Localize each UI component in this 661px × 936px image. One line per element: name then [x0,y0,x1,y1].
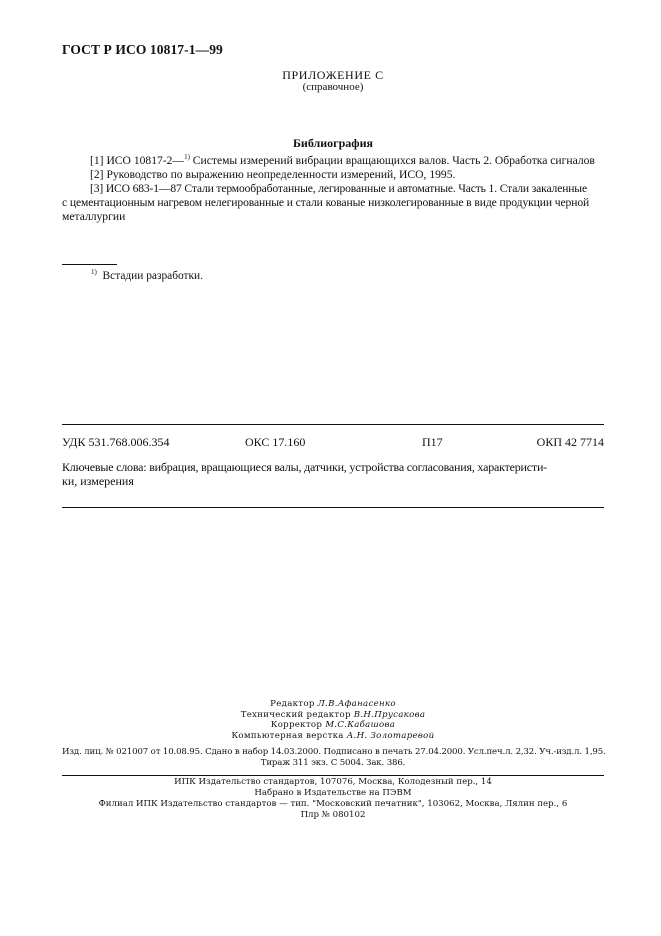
bibliography-item: [1] ИСО 10817-2—1) Системы измерений виб… [62,150,604,168]
annex-subtitle: (справочное) [62,81,604,93]
classification-row: УДК 531.768.006.354 ОКС 17.160 П17 ОКП 4… [62,435,604,451]
footnote: 1) Встадии разработки. [91,268,203,282]
credit-layout: Компьютерная верстка А.Н. Золотаревой [62,731,604,742]
publisher-line: Плр № 080102 [62,810,604,821]
bib-ref: [1] [90,154,104,167]
bibliography-item: [2] Руководство по выражению неопределен… [62,168,604,182]
keywords: Ключевые слова: вибрация, вращающиеся ва… [62,460,604,488]
bibliography-item-continuation: с цементационным нагревом нелегированные… [62,196,604,210]
bottom-rule [62,507,604,508]
bibliography-item-continuation: металлургии [62,210,604,224]
bibliography-title: Библиография [62,136,604,151]
bib-ref: [2] [90,168,104,181]
top-rule [62,424,604,425]
imprint-line: Изд. лиц. № 021007 от 10.08.95. Сдано в … [62,747,604,758]
bib-text: ИСО 683-1—87 Стали термообработанные, ле… [106,182,587,195]
bibliography-item: [3] ИСО 683-1—87 Стали термообработанные… [62,182,604,196]
credit-proofreader: Корректор М.С.Кабашова [62,720,604,731]
credit-tech-editor: Технический редактор В.Н.Прусакова [62,710,604,721]
footnote-divider [62,264,117,265]
keywords-line: Ключевые слова: вибрация, вращающиеся ва… [62,460,604,474]
publisher-info: ИПК Издательство стандартов, 107076, Мос… [62,777,604,821]
bib-lead: ИСО 10817-2— [106,154,184,167]
group-code: П17 [422,435,443,450]
keywords-line: ки, измерения [62,474,604,488]
okp-code: ОКП 42 7714 [537,435,604,450]
publisher-line: Набрано в Издательстве на ПЭВМ [62,788,604,799]
imprint-line: Тираж 311 экз. С 5004. Зак. 386. [62,758,604,769]
bib-text: Системы измерений вибрации вращающихся в… [190,154,595,167]
bib-ref: [3] [90,182,103,195]
imprint: Изд. лиц. № 021007 от 10.08.95. Сдано в … [62,747,604,769]
udk-code: УДК 531.768.006.354 [62,435,169,450]
credits: Редактор Л.В.Афанасенко Технический реда… [62,699,604,741]
bib-text: Руководство по выражению неопределенност… [106,168,455,181]
publisher-line: ИПК Издательство стандартов, 107076, Мос… [62,777,604,788]
oks-code: ОКС 17.160 [245,435,305,450]
bibliography-list: [1] ИСО 10817-2—1) Системы измерений виб… [62,150,604,224]
document-id: ГОСТ Р ИСО 10817-1—99 [62,42,223,58]
footnote-text: Встадии разработки. [103,270,203,282]
credit-editor: Редактор Л.В.Афанасенко [62,699,604,710]
publisher-line: Филиал ИПК Издательство стандартов — тип… [62,799,604,810]
footnote-mark: 1) [91,268,97,276]
imprint-rule [62,775,604,776]
